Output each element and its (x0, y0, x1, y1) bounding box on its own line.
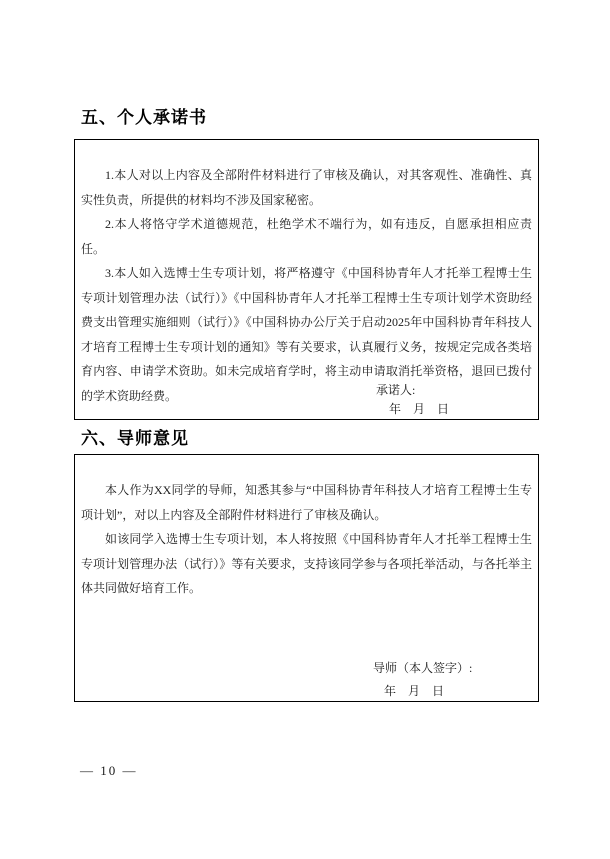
section-5-heading: 五、个人承诺书 (81, 103, 207, 128)
commitment-date-line: 年 月 日 (389, 402, 449, 417)
personal-commitment-box: 1.本人对以上内容及全部附件材料进行了审核及确认，对其客观性、准确性、真实性负责… (74, 139, 539, 420)
section-6-heading: 六、导师意见 (81, 424, 189, 449)
mentor-paragraph-1: 本人作为XX同学的导师，知悉其参与“中国科协青年科技人才培育工程博士生专项计划”… (81, 478, 532, 527)
commitment-paragraph-1: 1.本人对以上内容及全部附件材料进行了审核及确认，对其客观性、准确性、真实性负责… (81, 163, 532, 212)
page-number: — 10 — (80, 763, 138, 779)
mentor-opinion-text: 本人作为XX同学的导师，知悉其参与“中国科协青年科技人才培育工程博士生专项计划”… (75, 455, 538, 601)
mentor-opinion-box: 本人作为XX同学的导师，知悉其参与“中国科协青年科技人才培育工程博士生专项计划”… (74, 454, 539, 702)
mentor-paragraph-2: 如该同学入选博士生专项计划，本人将按照《中国科协青年人才托举工程博士生专项计划管… (81, 527, 532, 601)
mentor-date-line: 年 月 日 (384, 684, 444, 699)
commitment-paragraph-3: 3.本人如入选博士生专项计划，将严格遵守《中国科协青年人才托举工程博士生专项计划… (81, 261, 532, 408)
commitment-signer-label: 承诺人: (376, 383, 415, 398)
document-page: 五、个人承诺书 1.本人对以上内容及全部附件材料进行了审核及确认，对其客观性、准… (0, 0, 610, 859)
commitment-text: 1.本人对以上内容及全部附件材料进行了审核及确认，对其客观性、准确性、真实性负责… (75, 140, 538, 408)
commitment-paragraph-2: 2.本人将恪守学术道德规范，杜绝学术不端行为，如有违反，自愿承担相应责任。 (81, 212, 532, 261)
mentor-signer-label: 导师（本人签字）: (373, 661, 472, 676)
